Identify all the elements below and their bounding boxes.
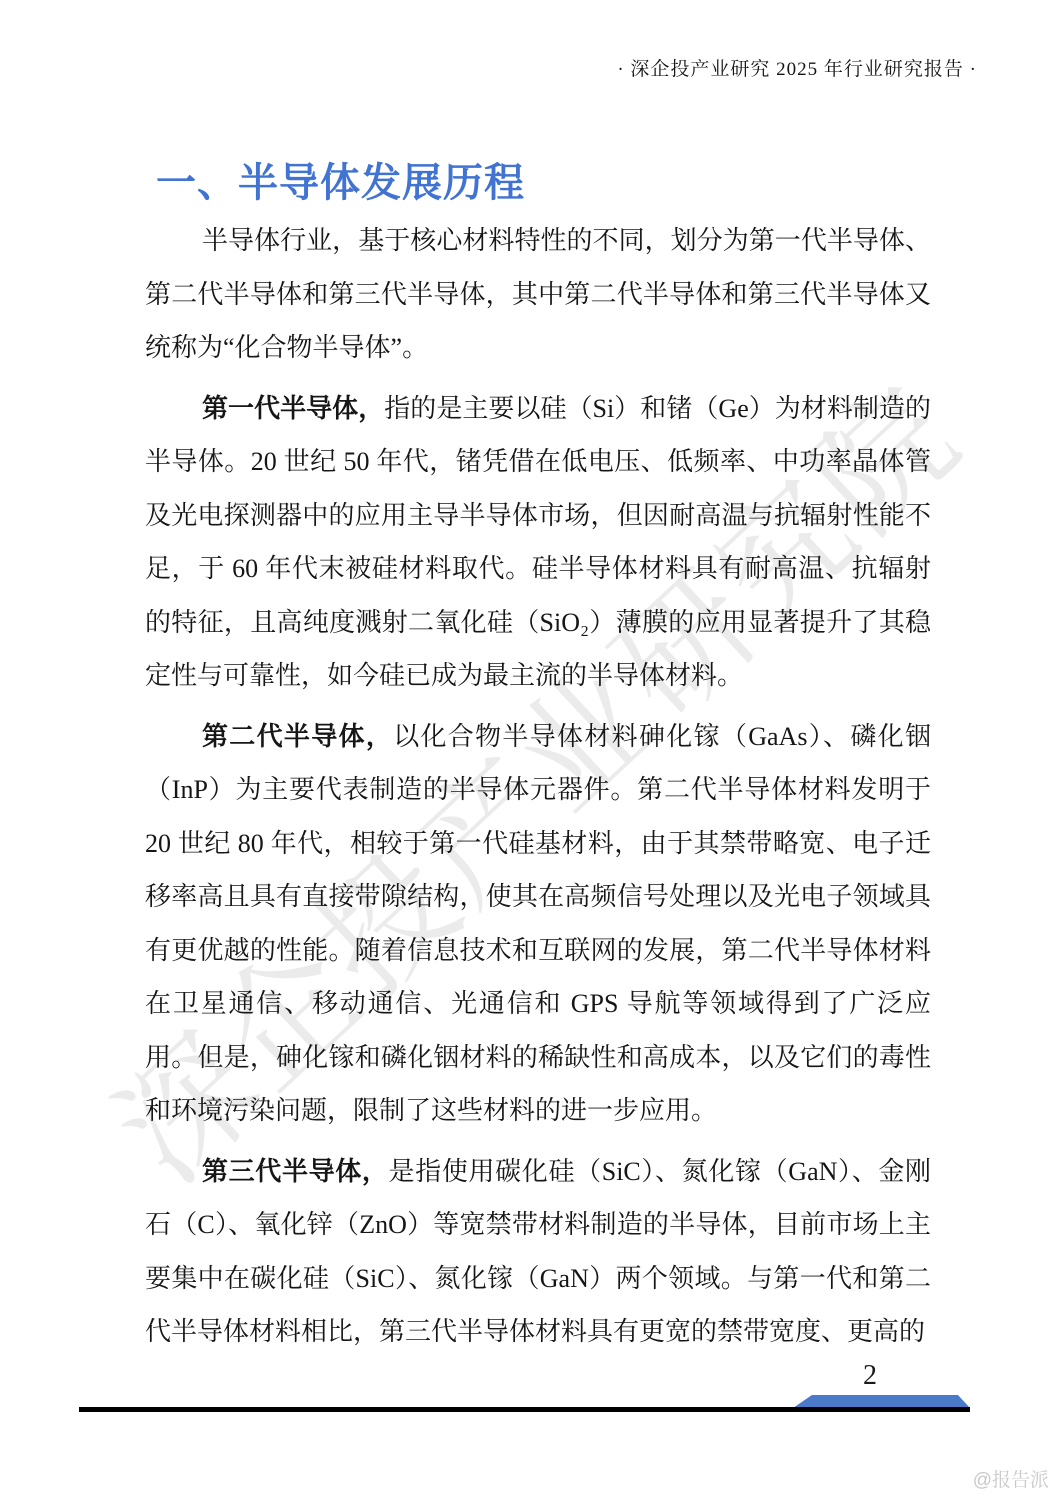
body-paragraph: 第三代半导体，是指使用碳化硅（SiC）、氮化镓（GaN）、金刚石（C）、氧化锌（… xyxy=(145,1145,931,1359)
page-number: 2 xyxy=(863,1360,877,1392)
section-title: 一、半导体发展历程 xyxy=(156,151,525,208)
report-header: · 深企投产业研究 2025 年行业研究报告 · xyxy=(617,54,977,81)
paragraph-text: 指的是主要以硅（Si）和锗（Ge）为材料制造的半导体。20 世纪 50 年代，锗… xyxy=(145,394,931,691)
paragraph-lead: 第二代半导体， xyxy=(202,722,393,751)
body-paragraph: 半导体行业，基于核心材料特性的不同，划分为第一代半导体、第二代半导体和第三代半导… xyxy=(145,214,931,375)
body-text: 半导体行业，基于核心材料特性的不同，划分为第一代半导体、第二代半导体和第三代半导… xyxy=(145,214,931,1359)
paragraph-text: 以化合物半导体材料砷化镓（GaAs）、磷化铟（InP）为主要代表制造的半导体元器… xyxy=(145,722,931,1126)
footer-rule xyxy=(79,1407,970,1412)
body-paragraph: 第二代半导体，以化合物半导体材料砷化镓（GaAs）、磷化铟（InP）为主要代表制… xyxy=(145,710,931,1138)
report-page: 深企投产业研究院 · 深企投产业研究 2025 年行业研究报告 · 一、半导体发… xyxy=(0,0,1061,1500)
body-paragraph: 第一代半导体，指的是主要以硅（Si）和锗（Ge）为材料制造的半导体。20 世纪 … xyxy=(145,382,931,703)
site-watermark: @报告派 xyxy=(973,1465,1049,1492)
paragraph-text: 半导体行业，基于核心材料特性的不同，划分为第一代半导体、第二代半导体和第三代半导… xyxy=(145,226,931,362)
paragraph-lead: 第三代半导体， xyxy=(202,1157,389,1186)
paragraph-lead: 第一代半导体， xyxy=(202,394,384,423)
